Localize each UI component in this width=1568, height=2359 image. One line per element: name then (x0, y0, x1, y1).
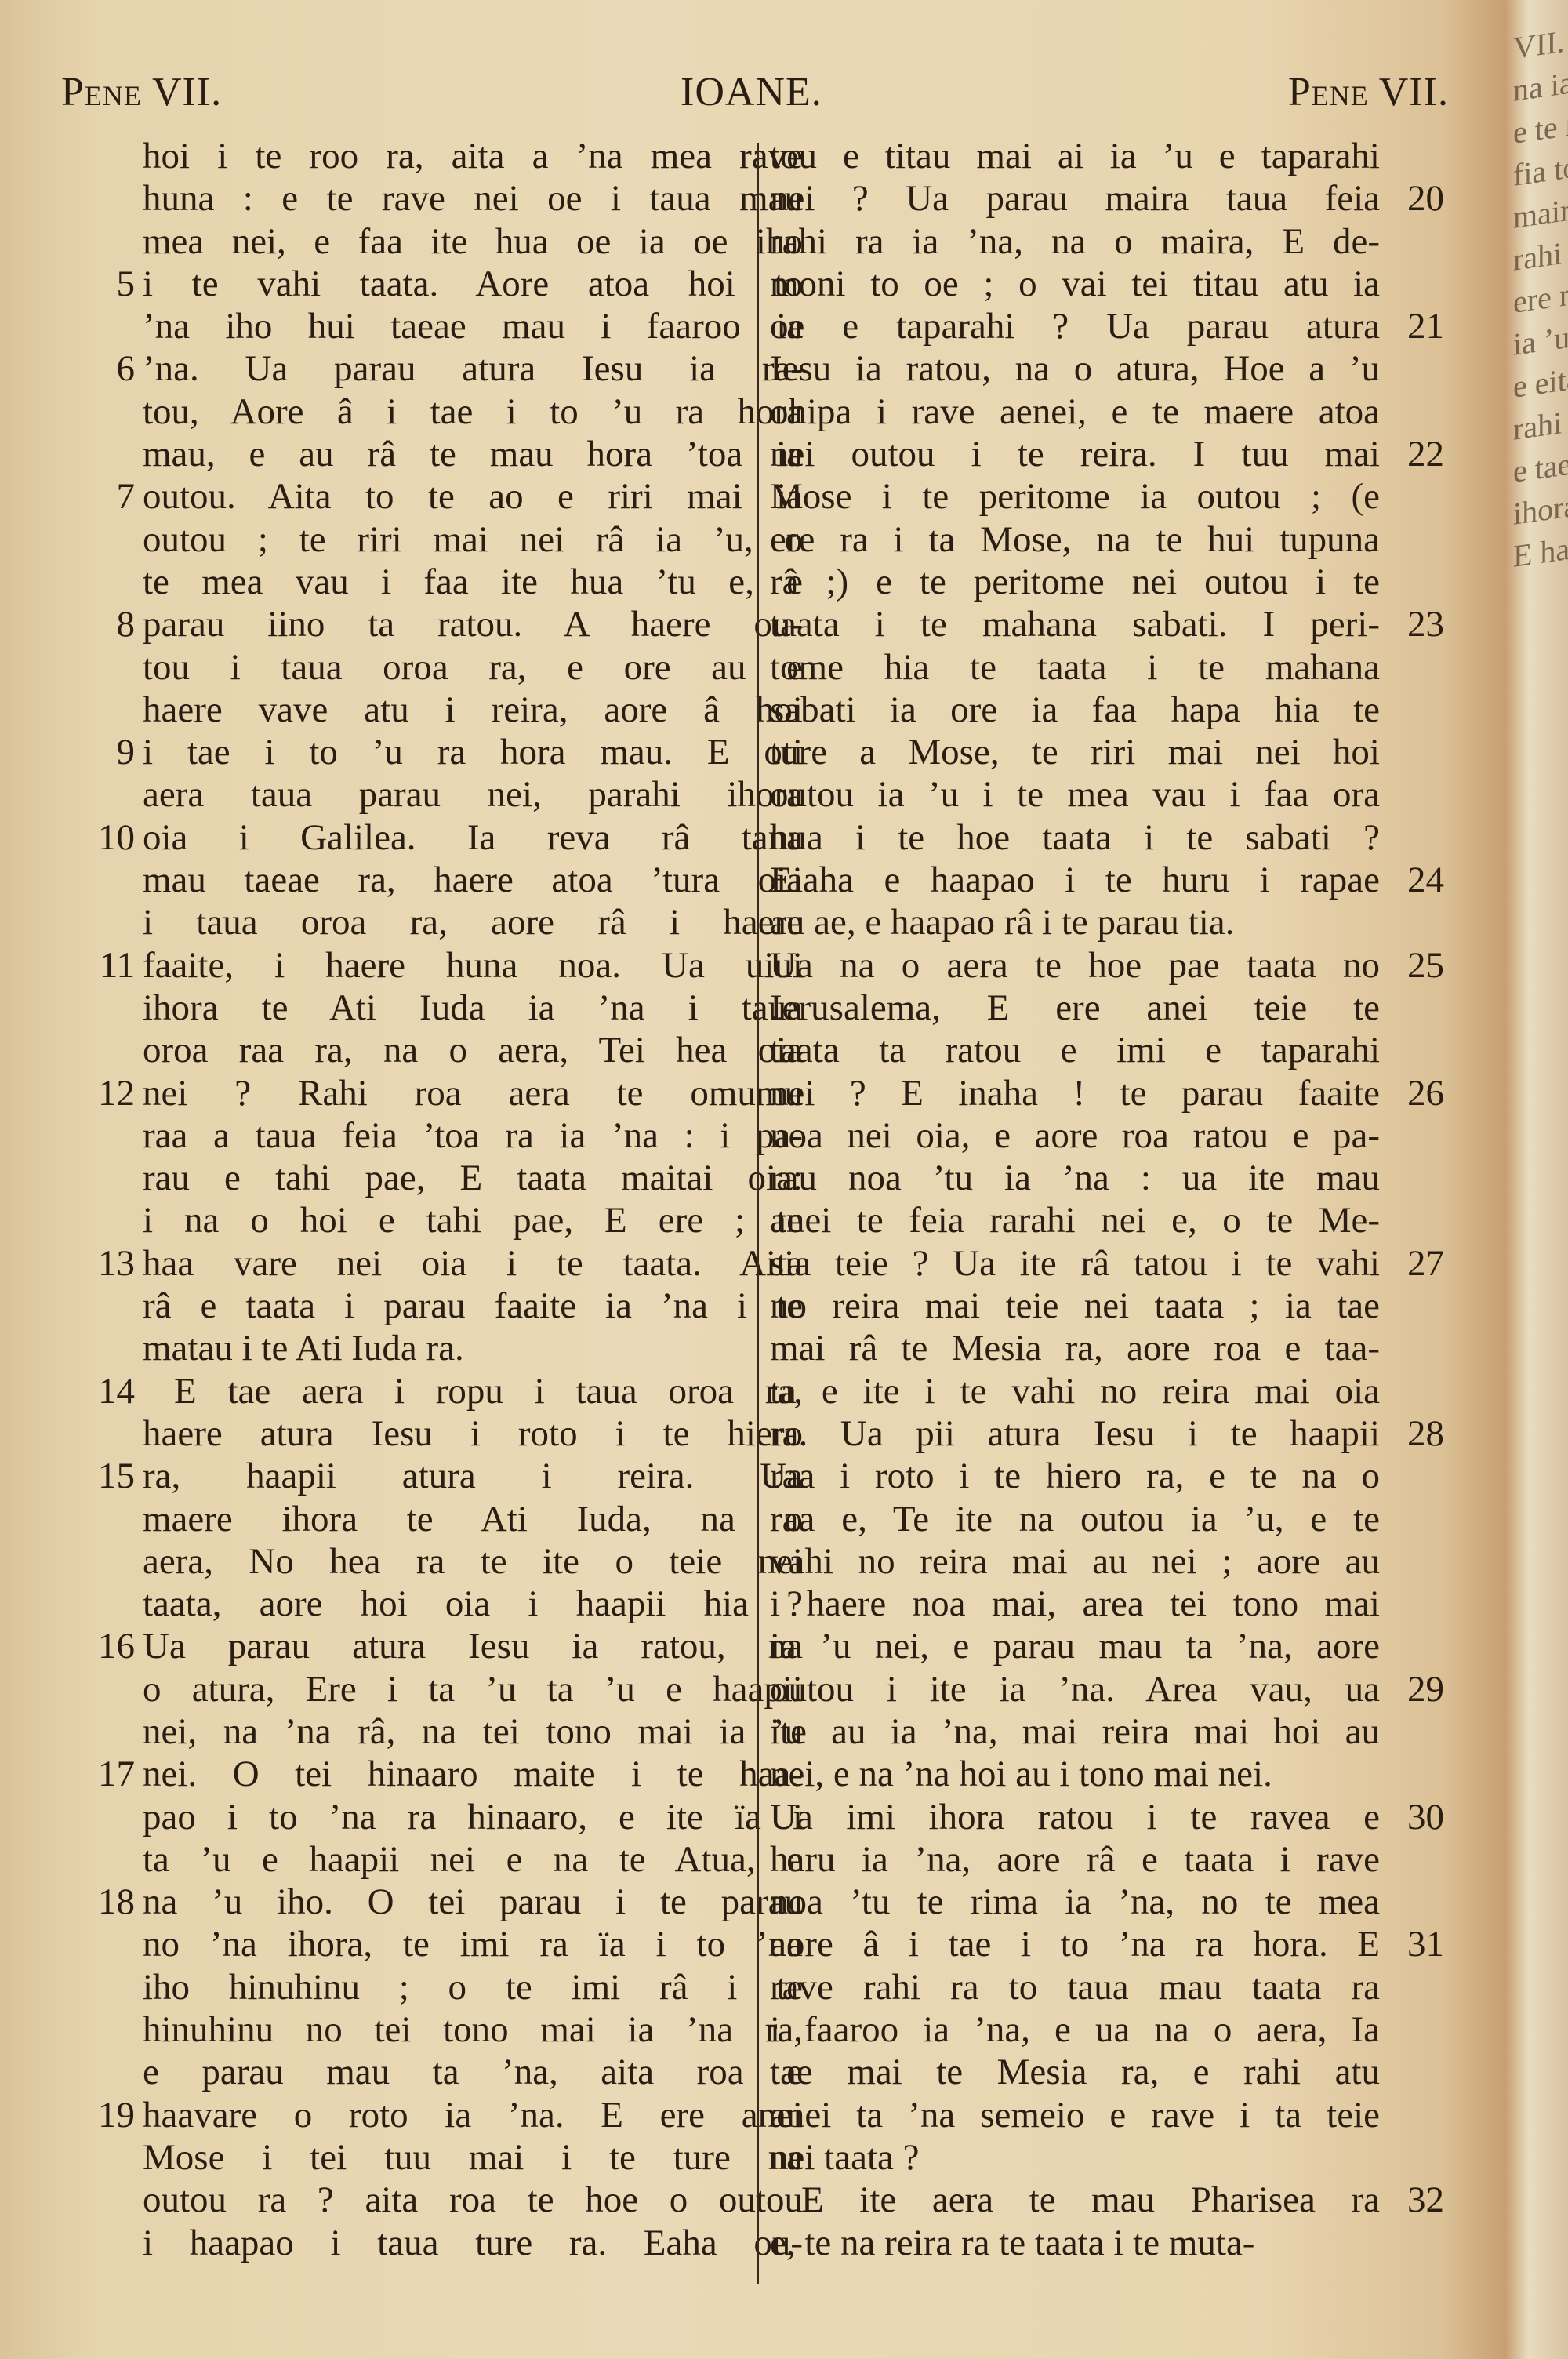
line-text: aore â i tae i to ’na ra hora. E (770, 1923, 1380, 1965)
text-line: 27sia teie ? Ua ite râ tatou i te vahi (770, 1242, 1460, 1285)
text-line: 5i te vahi taata. Aore atoa hoi to (63, 263, 740, 305)
verse-number: 14 (63, 1370, 135, 1412)
line-text: outou ; te riri mai nei râ ia ’u, o (143, 518, 803, 561)
text-line: tae mai te Mesia ra, e rahi atu (770, 2051, 1460, 2093)
line-text: Ua imi ihora ratou i te ravea e (770, 1796, 1380, 1838)
line-text: parau iino ta ratou. A haere ou- (143, 603, 803, 645)
text-line: i faaroo ia ’na, e ua na o aera, Ia (770, 2008, 1460, 2051)
line-text: Ierusalema, E ere anei teie te (770, 987, 1380, 1029)
verse-number: 13 (63, 1242, 135, 1285)
text-line: 12nei ? Rahi roa aera te omumu (63, 1072, 740, 1114)
text-line: 25Ua na o aera te hoe pae taata no (770, 944, 1460, 987)
text-line: 20nei ? Ua parau maira taua feia (770, 177, 1460, 220)
line-text: rau e tahi pae, E taata maitai oia: (143, 1157, 803, 1199)
text-line: mau, e au râ te mau hora ’toa ia (63, 433, 740, 475)
text-line: tou i taua oroa ra, e ore au e (63, 646, 740, 689)
sliver-line: ere nei au (1513, 274, 1568, 324)
text-line: 16Ua parau atura Iesu ia ratou, na (63, 1625, 740, 1667)
line-text: ite au ia ’na, mai reira mai hoi au (770, 1710, 1380, 1753)
line-text: oe e taparahi ? Ua parau atura (770, 305, 1380, 347)
text-line: 32E ite aera te mau Pharisea ra (770, 2179, 1460, 2221)
line-text: nei ? Ua parau maira taua feia (770, 177, 1380, 220)
line-text: mau, e au râ te mau hora ’toa ia (143, 433, 803, 475)
line-text: vahi no reira mai au nei ; aore au (770, 1540, 1380, 1583)
text-line: rahi ra ia ’na, na o maira, E de- (770, 220, 1460, 263)
text-line: 15ra, haapii atura i reira. Ua (63, 1455, 740, 1497)
line-text: anei ta ’na semeio e rave i ta teie (770, 2094, 1380, 2136)
line-text: nei taata ? (770, 2136, 1380, 2179)
line-text: i taua oroa ra, aore râ i haere (143, 901, 803, 943)
text-line: raa i roto i te hiero ra, e te na o (770, 1455, 1460, 1497)
text-line: 13haa vare nei oia i te taata. Aita (63, 1242, 740, 1285)
text-line: ihora te Ati Iuda ia ’na i taua (63, 987, 740, 1029)
text-line: Mose i tei tuu mai i te ture na (63, 2136, 740, 2179)
text-line: rau e tahi pae, E taata maitai oia: (63, 1157, 740, 1199)
header-chapter-left: Pene VII. (61, 69, 222, 115)
line-text: huna : e te rave nei oe i taua mau (143, 177, 803, 220)
text-line: ite au ia ’na, mai reira mai hoi au (770, 1710, 1460, 1753)
text-line: aera taua parau nei, parahi ihora (63, 773, 740, 816)
line-text: Mose i te peritome ia outou ; (e (770, 475, 1380, 518)
verse-number: 9 (63, 731, 135, 773)
sliver-line: e eita r (1513, 358, 1568, 409)
verse-number: 10 (63, 816, 135, 859)
line-text: haavare o roto ia ’na. E ere anei (143, 2094, 803, 2136)
text-line: vahi no reira mai au nei ; aore au (770, 1540, 1460, 1583)
text-line: oroa raa ra, na o aera, Tei hea oia (63, 1029, 740, 1071)
header-book-title: IOANE. (681, 69, 822, 115)
line-text: sia teie ? Ua ite râ tatou i te vahi (770, 1242, 1380, 1285)
line-text: rahi ra ia ’na, na o maira, E de- (770, 220, 1380, 263)
running-header: Pene VII. IOANE. Pene VII. (61, 69, 1449, 124)
verse-number: 19 (63, 2094, 135, 2136)
text-line: i na o hoi e tahi pae, E ere ; te (63, 1199, 740, 1241)
verse-number: 26 (1380, 1072, 1444, 1114)
line-text: raa i roto i te hiero ra, e te na o (770, 1455, 1380, 1497)
line-text: hoi i te roo ra, aita a ’na mea rave (143, 135, 803, 177)
line-text: i haapao i taua ture ra. Eaha ou- (143, 2222, 803, 2264)
next-page-edge: VII.na iae te mfia toroamairarahi ae aer… (1513, 20, 1568, 2302)
line-text: raa e, Te ite na outou ia ’u, e te (770, 1498, 1380, 1540)
line-text: haere atura Iesu i roto i te hiero (143, 1412, 803, 1455)
verse-number: 22 (1380, 433, 1444, 475)
line-text: mai râ te Mesia ra, aore roa e taa- (770, 1327, 1380, 1369)
line-text: oia i Galilea. Ia reva râ tana (143, 816, 803, 859)
text-line: sabati ia ore ia faa hapa hia te (770, 689, 1460, 731)
line-text: ia ’u nei, e parau mau ta ’na, aore (770, 1625, 1380, 1667)
text-line: outou ia ’u i te mea vau i faa ora (770, 773, 1460, 816)
verse-number: 15 (63, 1455, 135, 1497)
text-line: Mose i te peritome ia outou ; (e (770, 475, 1460, 518)
line-text: taata ta ratou e imi e taparahi (770, 1029, 1380, 1071)
text-line: no ’na ihora, te imi ra ïa i to ’na (63, 1923, 740, 1965)
line-text: raa a taua feia ’toa ra ia ’na : i pa- (143, 1114, 803, 1157)
line-text: râ ;) e te peritome nei outou i te (770, 561, 1380, 603)
text-line: moni to oe ; o vai tei titau atu ia (770, 263, 1460, 305)
sliver-line: e tae (1513, 443, 1568, 493)
sliver-line: ihora te (1513, 485, 1568, 536)
text-line: 26nei ? E inaha ! te parau faaite (770, 1072, 1460, 1114)
verse-number: 16 (63, 1625, 135, 1667)
verse-number: 27 (1380, 1242, 1444, 1285)
line-text: hinuhinu no tei tono mai ia ’na ra, (143, 2008, 803, 2051)
verse-number: 6 (63, 347, 135, 390)
text-line: o atura, Ere i ta ’u ta ’u e haapii (63, 1668, 740, 1710)
line-text: au ae, e haapao râ i te parau tia. (770, 901, 1380, 943)
line-text: matau i te Ati Iuda ra. (143, 1327, 803, 1369)
text-line: aera, No hea ra te ite o teie nei (63, 1540, 740, 1583)
line-text: iho hinuhinu ; o te imi râ i te (143, 1966, 803, 2008)
sliver-line: rahi e par (1513, 401, 1568, 451)
verse-number: 20 (1380, 177, 1444, 220)
text-line: e parau mau ta ’na, aita roa e (63, 2051, 740, 2093)
verse-number: 12 (63, 1072, 135, 1114)
text-line: 29outou i ite ia ’na. Area vau, ua (770, 1668, 1460, 1710)
line-text: ’na iho hui taeae mau i faaroo ia (143, 305, 803, 347)
line-text: e, te na reira ra te taata i te muta- (770, 2222, 1380, 2264)
text-line: ohipa i rave aenei, e te maere atoa (770, 391, 1460, 433)
text-line: 18na ’u iho. O tei parau i te parau (63, 1881, 740, 1923)
verse-number: 32 (1380, 2179, 1444, 2221)
left-text-column: hoi i te roo ra, aita a ’na mea ravehuna… (63, 135, 740, 2264)
text-line: i taua oroa ra, aore râ i haere (63, 901, 740, 943)
verse-number: 17 (63, 1753, 135, 1795)
line-text: aera, No hea ra te ite o teie nei (143, 1540, 803, 1583)
verse-number: 7 (63, 475, 135, 518)
line-text: o atura, Ere i ta ’u ta ’u e haapii (143, 1668, 803, 1710)
verse-number: 24 (1380, 859, 1444, 901)
text-line: nei taata ? (770, 2136, 1460, 2179)
text-line: 28ra. Ua pii atura Iesu i te haapii (770, 1412, 1460, 1455)
text-line: outou ; te riri mai nei râ ia ’u, o (63, 518, 740, 561)
text-line: Ierusalema, E ere anei teie te (770, 987, 1460, 1029)
text-line: outou ra ? aita roa te hoe o outou (63, 2179, 740, 2221)
line-text: ta ’u e haapii nei e na te Atua, e (143, 1838, 803, 1881)
line-text: Iesu ia ratou, na o atura, Hoe a ’u (770, 347, 1380, 390)
text-line: nei, na ’na râ, na tei tono mai ia ’u (63, 1710, 740, 1753)
line-text: outou. Aita to te ao e riri mai ia (143, 475, 803, 518)
text-line: râ ;) e te peritome nei outou i te (770, 561, 1460, 603)
line-text: no ’na ihora, te imi ra ïa i to ’na (143, 1923, 803, 1965)
text-line: 31aore â i tae i to ’na ra hora. E (770, 1923, 1460, 1965)
line-text: nei ? Rahi roa aera te omumu (143, 1072, 803, 1114)
line-text: tou, Aore â i tae i to ’u ra hora (143, 391, 803, 433)
text-line: raa e, Te ite na outou ia ’u, e te (770, 1498, 1460, 1540)
verse-number: 5 (63, 263, 135, 305)
verse-number: 25 (1380, 944, 1444, 987)
line-text: tou e titau mai ai ia ’u e taparahi (770, 135, 1380, 177)
line-text: pao i to ’na ra hinaaro, e ite ïa i (143, 1796, 803, 1838)
line-text: ihora te Ati Iuda ia ’na i taua (143, 987, 803, 1029)
line-text: faaite, i haere huna noa. Ua uiui (143, 944, 803, 987)
header-chapter-right: Pene VII. (1288, 69, 1449, 115)
text-line: 8parau iino ta ratou. A haere ou- (63, 603, 740, 645)
sliver-line: e te m (1513, 104, 1568, 154)
line-text: ra, haapii atura i reira. Ua (143, 1455, 803, 1497)
text-line: haere vave atu i reira, aore â hoi (63, 689, 740, 731)
line-text: Eiaha e haapao i te huru i rapae (770, 859, 1380, 901)
text-line: tou, Aore â i tae i to ’u ra hora (63, 391, 740, 433)
line-text: aera taua parau nei, parahi ihora (143, 773, 803, 816)
text-line: 10oia i Galilea. Ia reva râ tana (63, 816, 740, 859)
sliver-line: rahi ae a (1513, 231, 1568, 282)
line-text: na ’u iho. O tei parau i te parau (143, 1881, 803, 1923)
text-line: nei, e na ’na hoi au i tono mai nei. (770, 1753, 1460, 1795)
line-text: ere ra i ta Mose, na te hui tupuna (770, 518, 1380, 561)
line-text: nei, e na ’na hoi au i tono mai nei. (770, 1753, 1380, 1795)
line-text: Ua parau atura Iesu ia ratou, na (143, 1625, 803, 1667)
text-line: taata ta ratou e imi e taparahi (770, 1029, 1460, 1071)
text-line: pao i to ’na ra hinaaro, e ite ïa i (63, 1796, 740, 1838)
line-text: i na o hoi e tahi pae, E ere ; te (143, 1199, 803, 1241)
line-text: no reira mai teie nei taata ; ia tae (770, 1285, 1380, 1327)
line-text: rave rahi ra to taua mau taata ra (770, 1966, 1380, 2008)
text-line: tome hia te taata i te mahana (770, 646, 1460, 689)
text-line: ta ’u e haapii nei e na te Atua, e (63, 1838, 740, 1881)
text-line: no reira mai teie nei taata ; ia tae (770, 1285, 1460, 1327)
line-text: outou i ite ia ’na. Area vau, ua (770, 1668, 1380, 1710)
text-line: 19haavare o roto ia ’na. E ere anei (63, 2094, 740, 2136)
line-text: ’na. Ua parau atura Iesu ia ra- (143, 347, 803, 390)
line-text: outou ra ? aita roa te hoe o outou (143, 2179, 803, 2221)
line-text: oroa raa ra, na o aera, Tei hea oia (143, 1029, 803, 1071)
verse-number: 11 (63, 944, 135, 987)
text-line: 30Ua imi ihora ratou i te ravea e (770, 1796, 1460, 1838)
text-line: hoi i te roo ra, aita a ’na mea rave (63, 135, 740, 177)
text-line: 9i tae i to ’u ra hora mau. E oti (63, 731, 740, 773)
text-line: noa ’tu te rima ia ’na, no te mea (770, 1881, 1460, 1923)
line-text: ohipa i rave aenei, e te maere atoa (770, 391, 1380, 433)
line-text: tae mai te Mesia ra, e rahi atu (770, 2051, 1380, 2093)
text-line: 22nei outou i te reira. I tuu mai (770, 433, 1460, 475)
text-line: ture a Mose, te riri mai nei hoi (770, 731, 1460, 773)
line-text: mau taeae ra, haere atoa ’tura oia (143, 859, 803, 901)
verse-number: 30 (1380, 1796, 1444, 1838)
line-text: tome hia te taata i te mahana (770, 646, 1380, 689)
verse-number: 21 (1380, 305, 1444, 347)
text-line: raa a taua feia ’toa ra ia ’na : i pa- (63, 1114, 740, 1157)
line-text: anei te feia rarahi nei e, o te Me- (770, 1199, 1380, 1241)
book-page: Pene VII. IOANE. Pene VII. hoi i te roo … (0, 0, 1474, 2359)
line-text: hua i te hoe taata i te sabati ? (770, 816, 1380, 859)
text-line: matau i te Ati Iuda ra. (63, 1327, 740, 1369)
text-line: mau taeae ra, haere atoa ’tura oia (63, 859, 740, 901)
line-text: nei, na ’na râ, na tei tono mai ia ’u (143, 1710, 803, 1753)
verse-number: 29 (1380, 1668, 1444, 1710)
sliver-line: E haere (1513, 528, 1568, 578)
text-line: taata, aore hoi oia i haapii hia ? (63, 1583, 740, 1625)
line-text: i te vahi taata. Aore atoa hoi to (143, 263, 803, 305)
line-text: noa ’tu te rima ia ’na, no te mea (770, 1881, 1380, 1923)
column-divider (757, 143, 759, 2284)
line-text: i tae i to ’u ra hora mau. E oti (143, 731, 803, 773)
line-text: rau noa ’tu ia ’na : ua ite mau (770, 1157, 1380, 1199)
text-line: huna : e te rave nei oe i taua mau (63, 177, 740, 220)
line-text: ta e ite i te vahi no reira mai oia (770, 1370, 1380, 1412)
line-text: maere ihora te Ati Iuda, na o (143, 1498, 803, 1540)
verse-number: 8 (63, 603, 135, 645)
text-line: 17nei. O tei hinaaro maite i te haa- (63, 1753, 740, 1795)
line-text: e parau mau ta ’na, aita roa e (143, 2051, 803, 2093)
text-line: tou e titau mai ai ia ’u e taparahi (770, 135, 1460, 177)
text-line: ere ra i ta Mose, na te hui tupuna (770, 518, 1460, 561)
line-text: taata, aore hoi oia i haapii hia ? (143, 1583, 803, 1625)
line-text: i haere noa mai, area tei tono mai (770, 1583, 1380, 1625)
line-text: haru ia ’na, aore râ e taata i rave (770, 1838, 1380, 1881)
line-text: outou ia ’u i te mea vau i faa ora (770, 773, 1380, 816)
text-line: anei ta ’na semeio e rave i ta teie (770, 2094, 1460, 2136)
line-text: noa nei oia, e aore roa ratou e pa- (770, 1114, 1380, 1157)
text-line: 21oe e taparahi ? Ua parau atura (770, 305, 1460, 347)
text-line: iho hinuhinu ; o te imi râ i te (63, 1966, 740, 2008)
line-text: haa vare nei oia i te taata. Aita (143, 1242, 803, 1285)
text-line: rau noa ’tu ia ’na : ua ite mau (770, 1157, 1460, 1199)
text-line: i haapao i taua ture ra. Eaha ou- (63, 2222, 740, 2264)
text-line: 24Eiaha e haapao i te huru i rapae (770, 859, 1460, 901)
text-line: te mea vau i faa ite hua ’tu e, e (63, 561, 740, 603)
text-line: haere atura Iesu i roto i te hiero (63, 1412, 740, 1455)
sliver-line: maira (1513, 189, 1568, 239)
line-text: nei. O tei hinaaro maite i te haa- (143, 1753, 803, 1795)
line-text: sabati ia ore ia faa hapa hia te (770, 689, 1380, 731)
line-text: Ua na o aera te hoe pae taata no (770, 944, 1380, 987)
verse-number: 23 (1380, 603, 1444, 645)
text-line: hua i te hoe taata i te sabati ? (770, 816, 1460, 859)
text-line: haru ia ’na, aore râ e taata i rave (770, 1838, 1460, 1881)
line-text: ture a Mose, te riri mai nei hoi (770, 731, 1380, 773)
text-line: 7outou. Aita to te ao e riri mai ia (63, 475, 740, 518)
line-text: nei ? E inaha ! te parau faaite (770, 1072, 1380, 1114)
line-text: taata i te mahana sabati. I peri- (770, 603, 1380, 645)
text-line: maere ihora te Ati Iuda, na o (63, 1498, 740, 1540)
sliver-line: VII. (1513, 20, 1568, 70)
sliver-line: na ia (1513, 62, 1568, 112)
line-text: E ite aera te mau Pharisea ra (801, 2179, 1380, 2221)
text-line: rave rahi ra to taua mau taata ra (770, 1966, 1460, 2008)
text-line: e, te na reira ra te taata i te muta- (770, 2222, 1460, 2264)
line-text: E tae aera i ropu i taua oroa ra, (174, 1370, 803, 1412)
verse-number: 18 (63, 1881, 135, 1923)
right-text-column: tou e titau mai ai ia ’u e taparahi20nei… (770, 135, 1460, 2264)
text-line: mai râ te Mesia ra, aore roa e taa- (770, 1327, 1460, 1369)
text-line: hinuhinu no tei tono mai ia ’na ra, (63, 2008, 740, 2051)
line-text: ra. Ua pii atura Iesu i te haapii (770, 1412, 1380, 1455)
text-line: ta e ite i te vahi no reira mai oia (770, 1370, 1460, 1412)
line-text: mea nei, e faa ite hua oe ia oe iho (143, 220, 803, 263)
verse-number: 28 (1380, 1412, 1444, 1455)
verse-number: 31 (1380, 1923, 1444, 1965)
text-line: anei te feia rarahi nei e, o te Me- (770, 1199, 1460, 1241)
line-text: te mea vau i faa ite hua ’tu e, e (143, 561, 803, 603)
text-line: ia ’u nei, e parau mau ta ’na, aore (770, 1625, 1460, 1667)
line-text: Mose i tei tuu mai i te ture na (143, 2136, 803, 2179)
text-line: mea nei, e faa ite hua oe ia oe iho (63, 220, 740, 263)
text-line: 11faaite, i haere huna noa. Ua uiui (63, 944, 740, 987)
line-text: nei outou i te reira. I tuu mai (770, 433, 1380, 475)
text-line: râ e taata i parau faaite ia ’na i te (63, 1285, 740, 1327)
sliver-line: fia toroa (1513, 147, 1568, 197)
line-text: haere vave atu i reira, aore â hoi (143, 689, 803, 731)
line-text: râ e taata i parau faaite ia ’na i te (143, 1285, 803, 1327)
line-text: tou i taua oroa ra, e ore au e (143, 646, 803, 689)
sliver-line: ia ’u ne (1513, 316, 1568, 366)
text-line: noa nei oia, e aore roa ratou e pa- (770, 1114, 1460, 1157)
text-line: i haere noa mai, area tei tono mai (770, 1583, 1460, 1625)
text-line: 6’na. Ua parau atura Iesu ia ra- (63, 347, 740, 390)
line-text: moni to oe ; o vai tei titau atu ia (770, 263, 1380, 305)
text-line: au ae, e haapao râ i te parau tia. (770, 901, 1460, 943)
text-line: Iesu ia ratou, na o atura, Hoe a ’u (770, 347, 1460, 390)
line-text: i faaroo ia ’na, e ua na o aera, Ia (770, 2008, 1380, 2051)
text-line: ’na iho hui taeae mau i faaroo ia (63, 305, 740, 347)
text-line: 14E tae aera i ropu i taua oroa ra, (63, 1370, 740, 1412)
text-line: 23taata i te mahana sabati. I peri- (770, 603, 1460, 645)
